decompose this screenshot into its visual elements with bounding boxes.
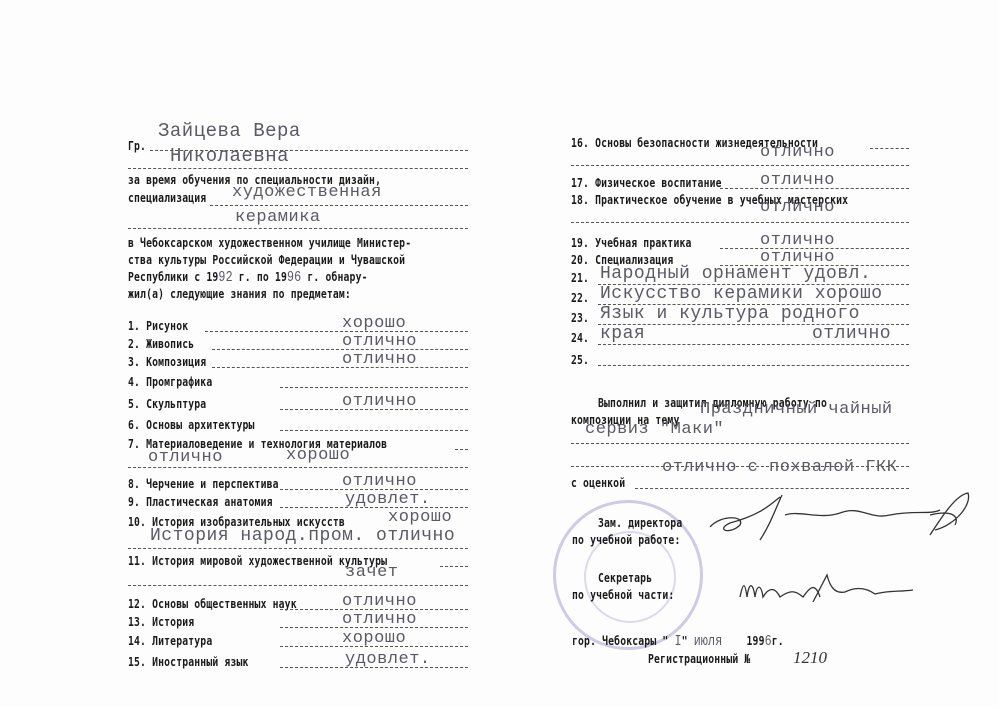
- subject-grade: отлично: [760, 143, 835, 162]
- school-line-2: ства культуры Российской Федерации и Чув…: [128, 252, 405, 267]
- subject-name: Язык и культура родного: [600, 304, 860, 324]
- subject-name: 19. Учебная практика: [571, 235, 692, 250]
- subject-grade: хорошо: [342, 314, 406, 333]
- divider: [571, 443, 909, 444]
- thesis-topic-1: Праздничный чайный: [700, 400, 893, 419]
- subject-grade: отлично: [342, 592, 417, 611]
- student-name: Зайцева Вера: [158, 120, 301, 142]
- divider: [210, 205, 468, 206]
- diploma-supplement-page: Гр. Зайцева Вера Николаевна за время обу…: [0, 0, 999, 707]
- subject-grade: хорошо: [342, 629, 406, 648]
- subject-name: 14. Литература: [128, 633, 212, 648]
- subject-grade: удовлет.: [345, 650, 431, 669]
- date-day: I: [674, 633, 681, 650]
- registration-number: 1210: [793, 648, 827, 668]
- subject-grade: зачет: [345, 563, 399, 582]
- secretary-signature: [735, 572, 915, 607]
- secretary-label-1: Секретарь: [598, 570, 652, 585]
- subject-number: 22.: [571, 290, 589, 305]
- thesis-grade-label: с оценкой: [571, 475, 625, 490]
- date-line: гор. Чебоксары " I" июля 1996г.: [572, 633, 784, 650]
- subject-name: 4. Промграфика: [128, 374, 212, 389]
- subject-name: 9. Пластическая анатомия: [128, 494, 273, 509]
- subject-name: 13. История: [128, 614, 194, 629]
- divider: [128, 228, 468, 229]
- divider: [571, 165, 909, 166]
- subject-grade: отлично: [148, 448, 223, 467]
- secretary-label-2: по учебной части:: [572, 587, 674, 602]
- subject-number: 24.: [571, 330, 589, 345]
- deputy-label-1: Зам. директора: [598, 515, 682, 530]
- subject-name: 2. Живопись: [128, 336, 194, 351]
- subject-name: 8. Черчение и перспектива: [128, 476, 279, 491]
- divider: [280, 387, 468, 388]
- deputy-signature: [700, 485, 975, 555]
- knowledge-line: жил(а) следующие знания по предметам:: [128, 286, 351, 301]
- divider: [128, 168, 468, 169]
- registration-label: Регистрационный №: [648, 651, 750, 666]
- subject-name: Народный орнамент удовл.: [600, 264, 871, 284]
- subject-grade: отлично: [342, 332, 417, 351]
- subject-name: 12. Основы общественных наук: [128, 596, 297, 611]
- subject-name: 15. Иностранный язык: [128, 654, 249, 669]
- year-from: 92: [218, 269, 232, 286]
- divider: [128, 585, 468, 586]
- subject-name: 5. Скульптура: [128, 396, 206, 411]
- prefix-label: Гр.: [128, 138, 146, 153]
- subject-extra: История народ.пром. отлично: [150, 526, 455, 546]
- subject-number: 21.: [571, 270, 589, 285]
- subject-grade: отлично: [342, 350, 417, 369]
- subject-name: 17. Физическое воспитание: [571, 175, 722, 190]
- subject-grade-2: хорошо: [286, 446, 350, 465]
- subject-grade: отлично: [760, 198, 835, 217]
- date-month: июля: [694, 633, 723, 650]
- subject-name: 3. Композиция: [128, 354, 206, 369]
- subject-grade: отлично: [760, 171, 835, 190]
- subject-grade: удовлет.: [345, 490, 431, 509]
- school-line-1: в Чебоксарском художественном училище Ми…: [128, 235, 411, 250]
- subject-name: края: [600, 324, 645, 344]
- divider: [128, 548, 468, 549]
- subject-name: 6. Основы архитектуры: [128, 417, 255, 432]
- subject-grade: отлично: [342, 610, 417, 629]
- subject-grade: отлично: [812, 324, 891, 344]
- divider: [205, 331, 468, 332]
- divider: [440, 566, 468, 567]
- divider: [128, 467, 468, 468]
- subject-grade: отлично: [342, 472, 417, 491]
- subject-name: Искусство керамики хорошо: [600, 284, 883, 304]
- specialization-value-2: керамика: [235, 208, 321, 227]
- years-line: Республики с 1992 г. по 1996 г. обнару-: [128, 269, 368, 286]
- subject-grade: отлично: [342, 392, 417, 411]
- divider: [212, 367, 468, 368]
- subject-grade: хорошо: [388, 508, 452, 527]
- divider: [870, 148, 909, 149]
- divider: [598, 344, 909, 345]
- specialization-value-1: художественная: [232, 183, 382, 202]
- subject-number: 23.: [571, 310, 589, 325]
- year-to: 96: [287, 269, 301, 286]
- divider: [571, 222, 909, 223]
- specialization-label: специализация: [128, 190, 206, 205]
- subject-name: 25.: [571, 352, 589, 367]
- thesis-grade: отлично с похвалой ГКК: [662, 458, 897, 477]
- divider: [455, 449, 468, 450]
- deputy-label-2: по учебной работе:: [572, 532, 680, 547]
- divider: [280, 430, 468, 431]
- divider: [212, 349, 468, 350]
- thesis-topic-2: сервиз "Маки": [585, 420, 724, 439]
- student-patronymic: Николаевна: [170, 145, 289, 167]
- divider: [598, 365, 909, 366]
- subject-name: 1. Рисунок: [128, 318, 188, 333]
